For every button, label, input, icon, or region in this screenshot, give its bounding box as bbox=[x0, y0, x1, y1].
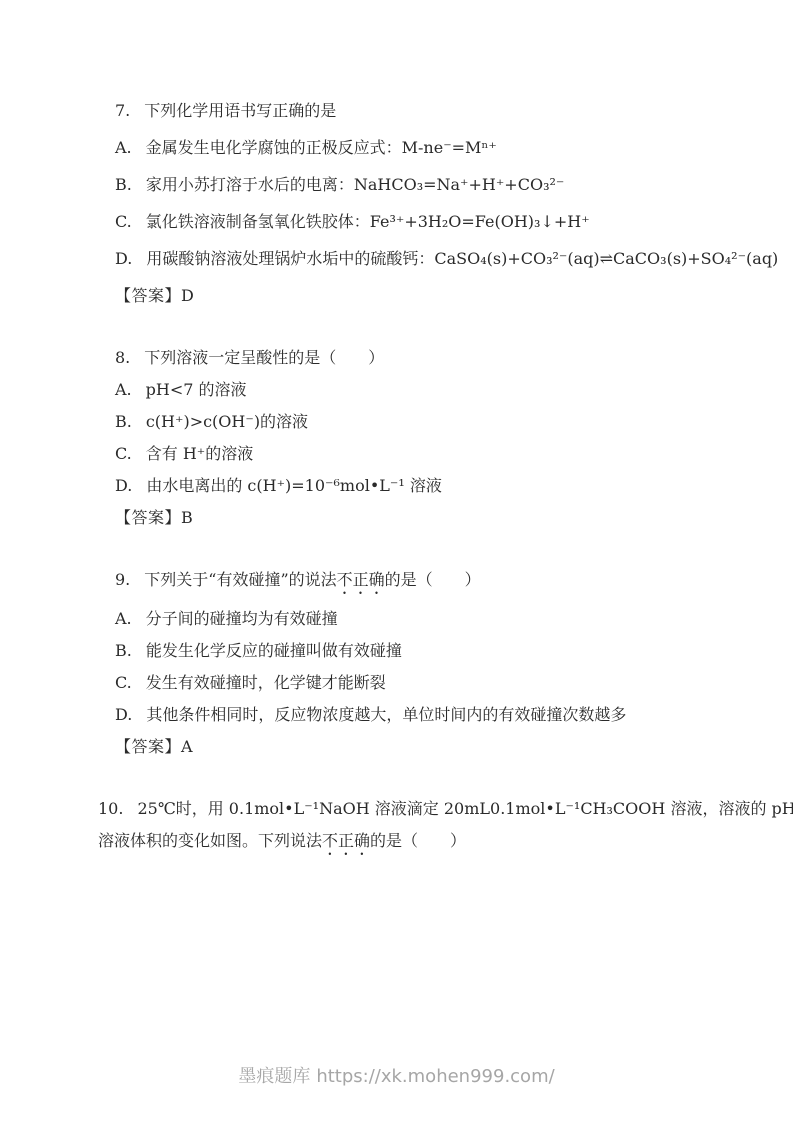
question-9-option-c: C.发生有效碰撞时，化学键才能断裂 bbox=[115, 672, 733, 694]
option-text: 其他条件相同时，反应物浓度越大，单位时间内的有效碰撞次数越多 bbox=[146, 705, 626, 724]
question-9-option-b: B.能发生化学反应的碰撞叫做有效碰撞 bbox=[115, 640, 733, 662]
question-7-option-c: C.氯化铁溶液制备氢氧化铁胶体：Fe³⁺+3H₂O=Fe(OH)₃↓+H⁺ bbox=[115, 211, 733, 233]
option-text: 用碳酸钠溶液处理锅炉水垢中的硫酸钙：CaSO₄(s)+CO₃²⁻(aq)⇌CaC… bbox=[146, 249, 778, 268]
question-stem-emphasis: 不正确 bbox=[322, 831, 370, 850]
option-text: 由水电离出的 c(H⁺)=10⁻⁶mol•L⁻¹ 溶液 bbox=[146, 476, 442, 495]
question-8: 8.下列溶液一定呈酸性的是（ ） A.pH<7 的溶液 B.c(H⁺)>c(OH… bbox=[115, 347, 733, 529]
question-9-option-d: D.其他条件相同时，反应物浓度越大，单位时间内的有效碰撞次数越多 bbox=[115, 704, 733, 726]
option-label: A. bbox=[115, 380, 132, 399]
answer-value: D bbox=[181, 286, 194, 305]
option-text: pH<7 的溶液 bbox=[146, 380, 247, 399]
question-9-answer: 【答案】A bbox=[115, 736, 733, 758]
option-text: 能发生化学反应的碰撞叫做有效碰撞 bbox=[146, 641, 402, 660]
option-text: 含有 H⁺的溶液 bbox=[146, 444, 254, 463]
option-label: A. bbox=[115, 609, 132, 628]
question-10-stem-line1: 10.25℃时，用 0.1mol•L⁻¹NaOH 溶液滴定 20mL0.1mol… bbox=[98, 798, 733, 820]
footer-url: https://xk.mohen999.com/ bbox=[316, 1066, 554, 1087]
question-stem-emphasis: 不正确 bbox=[337, 570, 385, 589]
question-9-option-a: A.分子间的碰撞均为有效碰撞 bbox=[115, 608, 733, 630]
question-10-stem-line2: 溶液体积的变化如图。下列说法不正确的是（ ） bbox=[98, 830, 733, 859]
question-stem-text: 下列化学用语书写正确的是 bbox=[144, 101, 336, 120]
question-7-option-d: D.用碳酸钠溶液处理锅炉水垢中的硫酸钙：CaSO₄(s)+CO₃²⁻(aq)⇌C… bbox=[115, 248, 733, 270]
question-stem-text: 下列溶液一定呈酸性的是（ ） bbox=[144, 348, 384, 367]
option-text: 发生有效碰撞时，化学键才能断裂 bbox=[146, 673, 386, 692]
option-label: D. bbox=[115, 249, 132, 268]
question-7-answer: 【答案】D bbox=[115, 285, 733, 307]
question-8-stem: 8.下列溶液一定呈酸性的是（ ） bbox=[115, 347, 733, 369]
question-stem-text: 下列关于“有效碰撞”的说法 bbox=[144, 570, 336, 589]
answer-label: 【答案】 bbox=[115, 508, 181, 527]
question-stem-text: 的是（ ） bbox=[370, 831, 466, 850]
question-7-option-b: B.家用小苏打溶于水后的电离：NaHCO₃=Na⁺+H⁺+CO₃²⁻ bbox=[115, 174, 733, 196]
question-9-stem: 9.下列关于“有效碰撞”的说法不正确的是（ ） bbox=[115, 569, 733, 598]
question-9: 9.下列关于“有效碰撞”的说法不正确的是（ ） A.分子间的碰撞均为有效碰撞 B… bbox=[115, 569, 733, 758]
question-8-option-b: B.c(H⁺)>c(OH⁻)的溶液 bbox=[115, 411, 733, 433]
question-stem-text: 的是（ ） bbox=[385, 570, 481, 589]
question-8-option-a: A.pH<7 的溶液 bbox=[115, 379, 733, 401]
option-text: 金属发生电化学腐蚀的正极反应式：M-ne⁻=Mⁿ⁺ bbox=[146, 138, 497, 157]
question-number: 8. bbox=[115, 348, 130, 367]
page-footer-watermark: 墨痕题库https://xk.mohen999.com/ bbox=[0, 1062, 793, 1088]
option-label: A. bbox=[115, 138, 132, 157]
question-7-option-a: A.金属发生电化学腐蚀的正极反应式：M-ne⁻=Mⁿ⁺ bbox=[115, 137, 733, 159]
answer-label: 【答案】 bbox=[115, 286, 181, 305]
option-label: B. bbox=[115, 412, 132, 431]
question-number: 9. bbox=[115, 570, 130, 589]
question-8-answer: 【答案】B bbox=[115, 507, 733, 529]
option-label: D. bbox=[115, 705, 132, 724]
question-10: 10.25℃时，用 0.1mol•L⁻¹NaOH 溶液滴定 20mL0.1mol… bbox=[98, 798, 733, 859]
option-label: B. bbox=[115, 175, 132, 194]
question-stem-text: 溶液体积的变化如图。下列说法 bbox=[98, 831, 322, 850]
option-label: C. bbox=[115, 673, 132, 692]
option-text: c(H⁺)>c(OH⁻)的溶液 bbox=[146, 412, 308, 431]
option-text: 分子间的碰撞均为有效碰撞 bbox=[146, 609, 338, 628]
question-8-option-d: D.由水电离出的 c(H⁺)=10⁻⁶mol•L⁻¹ 溶液 bbox=[115, 475, 733, 497]
question-number: 10. bbox=[98, 799, 123, 818]
question-8-option-c: C.含有 H⁺的溶液 bbox=[115, 443, 733, 465]
question-7: 7.下列化学用语书写正确的是 A.金属发生电化学腐蚀的正极反应式：M-ne⁻=M… bbox=[115, 100, 733, 307]
answer-value: A bbox=[181, 737, 193, 756]
exam-page-content: 7.下列化学用语书写正确的是 A.金属发生电化学腐蚀的正极反应式：M-ne⁻=M… bbox=[0, 0, 793, 859]
answer-value: B bbox=[181, 508, 193, 527]
question-stem-text: 25℃时，用 0.1mol•L⁻¹NaOH 溶液滴定 20mL0.1mol•L⁻… bbox=[137, 799, 793, 818]
question-7-stem: 7.下列化学用语书写正确的是 bbox=[115, 100, 733, 122]
option-label: B. bbox=[115, 641, 132, 660]
option-label: C. bbox=[115, 212, 132, 231]
question-number: 7. bbox=[115, 101, 130, 120]
answer-label: 【答案】 bbox=[115, 737, 181, 756]
option-label: D. bbox=[115, 476, 132, 495]
footer-site-name: 墨痕题库 bbox=[238, 1066, 310, 1087]
option-text: 氯化铁溶液制备氢氧化铁胶体：Fe³⁺+3H₂O=Fe(OH)₃↓+H⁺ bbox=[146, 212, 590, 231]
option-label: C. bbox=[115, 444, 132, 463]
option-text: 家用小苏打溶于水后的电离：NaHCO₃=Na⁺+H⁺+CO₃²⁻ bbox=[146, 175, 565, 194]
